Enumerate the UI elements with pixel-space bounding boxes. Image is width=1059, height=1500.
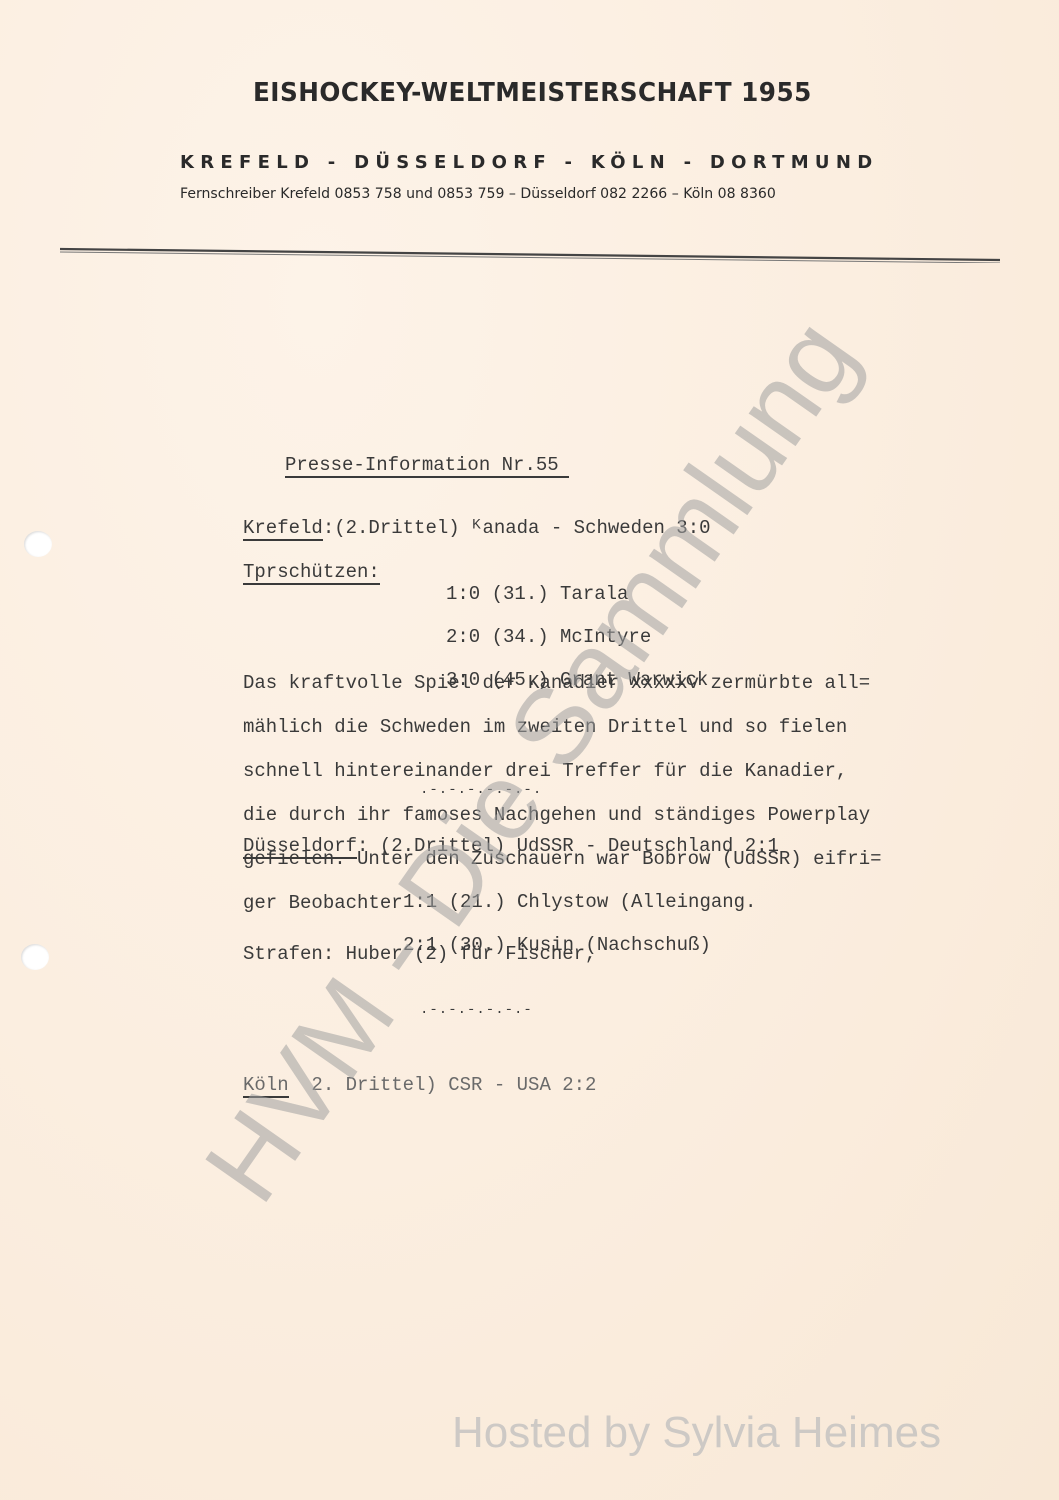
duesseldorf-penalties: Strafen: Huber (2) für Fischer,	[243, 944, 596, 966]
koeln-game-line: Köln 2. Drittel) CSR - USA 2:2	[243, 1075, 596, 1097]
report-line: schnell hintereinander drei Treffer für …	[243, 760, 882, 782]
press-info-heading: Presse-Information Nr.55	[285, 455, 569, 477]
section-separator: .-.-.-.-.-.-.	[420, 780, 542, 802]
report-line: Das kraftvolle Spiel der Kanadier xxxxxv…	[243, 672, 882, 694]
report-line: mählich die Schweden im zweiten Drittel …	[243, 716, 882, 738]
report-line: die durch ihr famoses Nachgehen und stän…	[243, 804, 882, 826]
punch-hole-top	[24, 531, 52, 557]
section-separator: .-.-.-.-.-.-	[420, 1000, 533, 1022]
duesseldorf-result: : (2.Drittel) UdSSR - Deutschland 2:1	[357, 835, 779, 857]
krefeld-scorers-label: Tprschützen:	[243, 562, 380, 584]
scorer-row: 2:0 (34.) McIntyre	[446, 627, 708, 649]
duesseldorf-location: Düsseldorf	[243, 835, 357, 859]
letterhead-cities: KREFELD - DÜSSELDORF - KÖLN - DORTMUND	[180, 152, 890, 173]
krefeld-location: Krefeld	[243, 517, 323, 541]
scorer-row: 1:0 (31.) Tarala	[446, 584, 708, 606]
duesseldorf-game-line: Düsseldorf: (2.Drittel) UdSSR - Deutschl…	[243, 836, 779, 858]
letterhead-divider	[60, 247, 1000, 263]
koeln-result: 2. Drittel) CSR - USA 2:2	[289, 1074, 597, 1096]
krefeld-result: :(2.Drittel) ᴷanada - Schweden 3:0	[323, 517, 711, 539]
koeln-location: Köln	[243, 1074, 289, 1098]
scorer-row: 1:1 (21.) Chlystow (Alleingang.	[403, 892, 756, 914]
letterhead-telex-numbers: Fernschreiber Krefeld 0853 758 und 0853 …	[180, 186, 869, 202]
host-watermark: Hosted by Sylvia Heimes	[452, 1408, 941, 1458]
krefeld-game-line: Krefeld:(2.Drittel) ᴷanada - Schweden 3:…	[243, 518, 711, 540]
letterhead-title: EISHOCKEY-WELTMEISTERSCHAFT 1955	[27, 78, 1036, 108]
punch-hole-bottom	[21, 944, 49, 970]
